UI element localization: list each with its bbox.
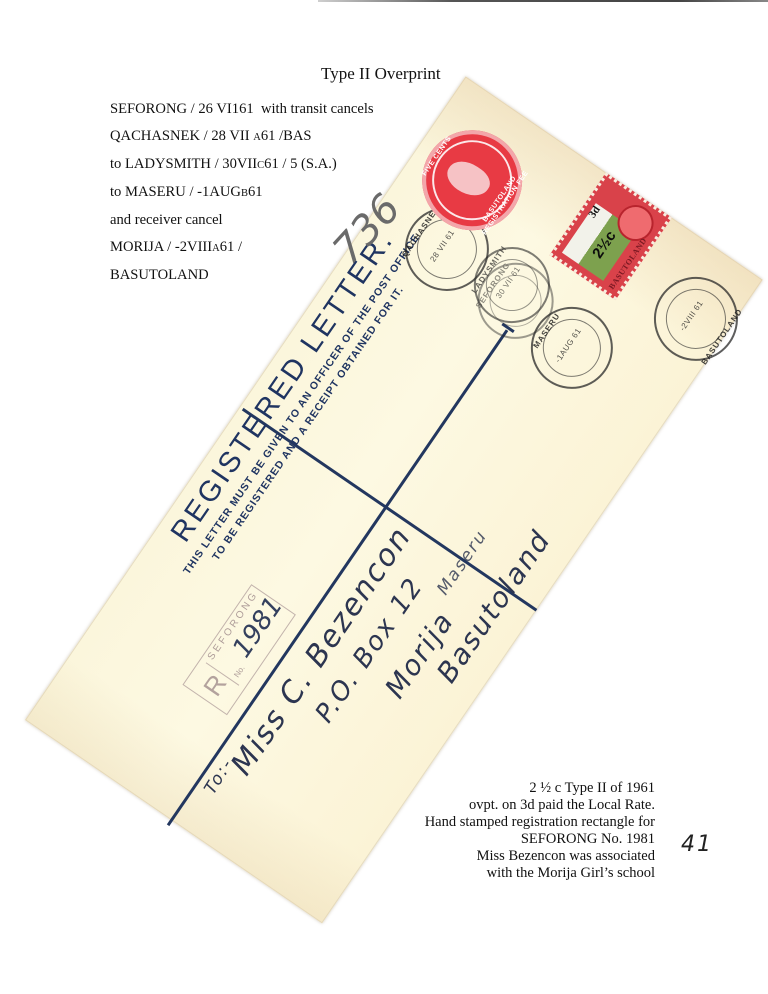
cancel-notes: SEFORONG / 26 VI161 with transit cancels… xyxy=(110,96,374,289)
note-line: to LADYSMITH / 30VIIC61 / 5 (S.A.) xyxy=(110,151,374,179)
caption-line: 2 ½ c Type II of 1961 xyxy=(425,780,655,797)
note-line: QACHASNEK / 28 VII A61 /BAS xyxy=(110,123,374,151)
address-line-district: Maseru xyxy=(433,526,491,598)
caption-line: Miss Bezencon was associated xyxy=(425,848,655,865)
caption-line: SEFORONG No. 1981 xyxy=(425,831,655,848)
caption-line: with the Morija Girl’s school xyxy=(425,865,655,882)
page-top-rule xyxy=(318,0,768,2)
exhibit-caption: 2 ½ c Type II of 1961 ovpt. on 3d paid t… xyxy=(425,780,655,882)
page-heading: Type II Overprint xyxy=(321,64,441,84)
note-line: to MASERU / -1AUGB61 xyxy=(110,179,374,207)
registration-r-mark: R xyxy=(191,662,239,707)
adhesive-stamp: 3d 2½c BASUTOLAND xyxy=(549,172,672,300)
caption-line: ovpt. on 3d paid the Local Rate. xyxy=(425,797,655,814)
note-line: SEFORONG / 26 VI161 with transit cancels xyxy=(110,96,374,123)
caption-line: Hand stamped registration rectangle for xyxy=(425,814,655,831)
postmark-morija: -2VIII 61 BASUTOLAND xyxy=(638,261,755,378)
page-number: 41 xyxy=(681,832,713,857)
